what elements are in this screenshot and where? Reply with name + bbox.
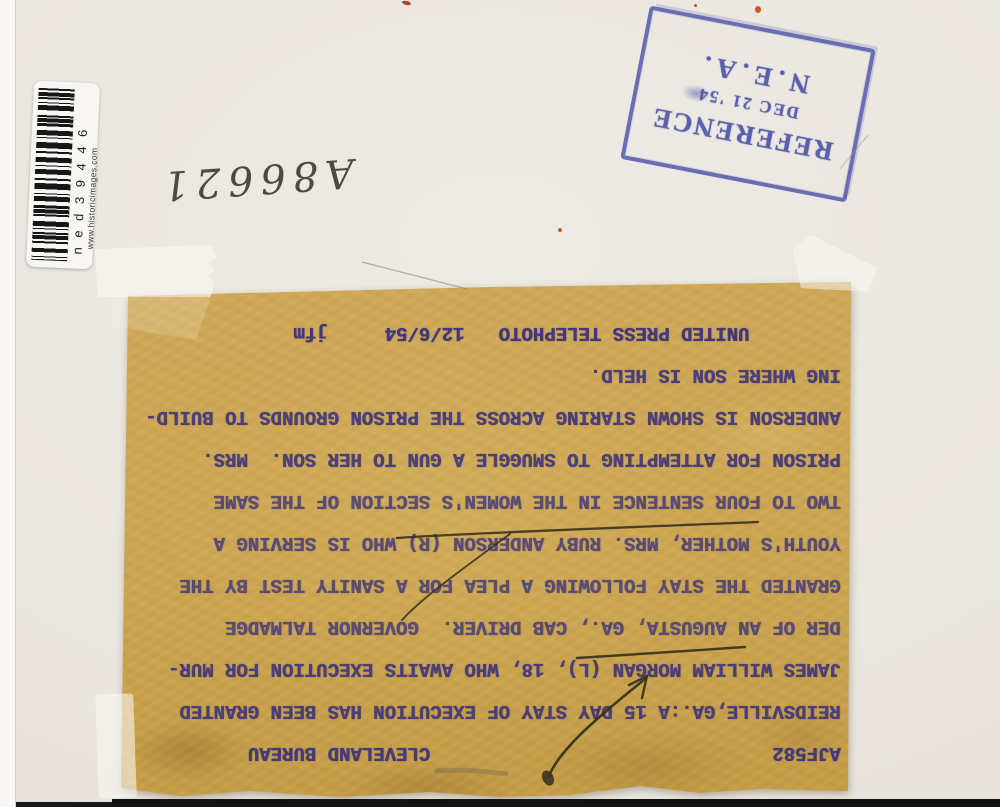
photo-back: ned39446 www.historicimages.com A86621 R…: [0, 0, 1000, 807]
orange-speck: [755, 6, 761, 13]
caption-line: PRISON FOR ATTEMPTING TO SMUGGLE A GUN T…: [115, 438, 841, 480]
barcode: [31, 88, 74, 261]
caption-line: ING WHERE SON IS HELD.: [115, 354, 841, 396]
caption-line: GRANTED THE STAY FOLLOWING A PLEA FOR A …: [115, 564, 841, 606]
caption-text-block: AJF582 CLEVELAND BUREAU REIDSVILLE,GA.:A…: [115, 279, 855, 798]
orange-speck: [558, 228, 562, 232]
caption-line: AJF582 CLEVELAND BUREAU: [115, 732, 841, 774]
red-speck: [694, 4, 697, 7]
caption-line: ANDERSON IS SHOWN STARING ACROSS THE PRI…: [115, 396, 841, 438]
caption-line: DER OF AN AUGUSTA, GA., CAB DRIVER. GOVE…: [115, 606, 841, 648]
caption-line: TWO TO FOUR SENTENCE IN THE WOMEN'S SECT…: [115, 480, 841, 522]
barcode-sticker: ned39446 www.historicimages.com: [26, 81, 100, 270]
caption-slip: AJF582 CLEVELAND BUREAU REIDSVILLE,GA.:A…: [115, 279, 855, 798]
reference-stamp: REFERENCE DEC 21 '54 N.E.A.: [620, 5, 876, 202]
caption-line: JAMES WILLIAM MORGAN (L), 18, WHO AWAITS…: [115, 648, 841, 690]
caption-line: UNITED PRESS TELEPHOTO 12/6/54 jfm: [115, 312, 841, 354]
caption-slip-paper: AJF582 CLEVELAND BUREAU REIDSVILLE,GA.:A…: [115, 279, 855, 798]
bottom-edge-strip: [112, 799, 1000, 807]
caption-line: YOUTH'S MOTHER, MRS. RUBY ANDERSON (R) W…: [115, 522, 841, 564]
photo-left-edge: [0, 0, 16, 807]
handwritten-archive-number: A86621: [146, 141, 364, 218]
caption-line: REIDSVILLE,GA.:A 15 DAY STAY OF EXECUTIO…: [115, 690, 841, 732]
stamp-text: REFERENCE DEC 21 '54 N.E.A.: [649, 41, 848, 167]
red-speck: [402, 0, 412, 6]
